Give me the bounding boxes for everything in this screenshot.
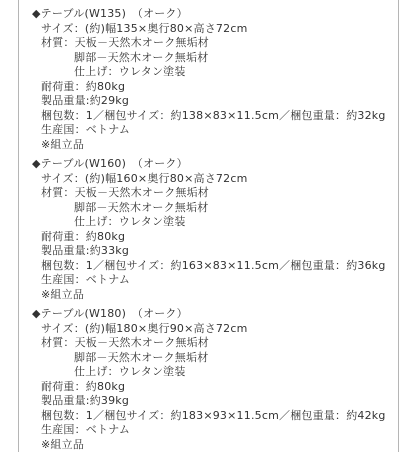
left-border-line	[18, 0, 19, 452]
finish-line: 仕上げ：ウレタン塗装	[32, 365, 396, 380]
packing-line: 梱包数：1／梱包サイズ：約183×93×11.5cm／梱包重量：約42kg	[32, 409, 396, 424]
finish-line: 仕上げ：ウレタン塗装	[32, 65, 396, 80]
product-title: ◆テーブル(W180) （オーク）	[32, 307, 396, 322]
product-spec-section-w135: ◆テーブル(W135) （オーク） サイズ：(約)幅135×奥行80×高さ72c…	[32, 7, 396, 152]
material-legs-line: 脚部－天然木オーク無垢材	[32, 51, 396, 66]
load-capacity-line: 耐荷重：約80kg	[32, 380, 396, 395]
material-legs-line: 脚部－天然木オーク無垢材	[32, 351, 396, 366]
finish-line: 仕上げ：ウレタン塗装	[32, 215, 396, 230]
right-border-line	[398, 0, 399, 452]
country-line: 生産国：ベトナム	[32, 273, 396, 288]
size-line: サイズ：(約)幅160×奥行80×高さ72cm	[32, 172, 396, 187]
product-spec-page: { "page": { "background": "#ffffff", "bo…	[0, 0, 416, 452]
assembly-note-line: ※組立品	[32, 438, 396, 452]
product-spec-section-w180: ◆テーブル(W180) （オーク） サイズ：(約)幅180×奥行90×高さ72c…	[32, 307, 396, 452]
product-weight-line: 製品重量:約39kg	[32, 394, 396, 409]
assembly-note-line: ※組立品	[32, 288, 396, 303]
material-line: 材質：天板－天然木オーク無垢材	[32, 186, 396, 201]
size-line: サイズ：(約)幅135×奥行80×高さ72cm	[32, 22, 396, 37]
spec-content: ◆テーブル(W135) （オーク） サイズ：(約)幅135×奥行80×高さ72c…	[32, 7, 396, 452]
country-line: 生産国：ベトナム	[32, 123, 396, 138]
product-spec-section-w160: ◆テーブル(W160) （オーク） サイズ：(約)幅160×奥行80×高さ72c…	[32, 157, 396, 302]
material-legs-line: 脚部－天然木オーク無垢材	[32, 201, 396, 216]
load-capacity-line: 耐荷重：約80kg	[32, 80, 396, 95]
packing-line: 梱包数：1／梱包サイズ：約138×83×11.5cm／梱包重量：約32kg	[32, 109, 396, 124]
product-title: ◆テーブル(W135) （オーク）	[32, 7, 396, 22]
product-title: ◆テーブル(W160) （オーク）	[32, 157, 396, 172]
assembly-note-line: ※組立品	[32, 138, 396, 153]
packing-line: 梱包数：1／梱包サイズ：約163×83×11.5cm／梱包重量：約36kg	[32, 259, 396, 274]
product-weight-line: 製品重量:約33kg	[32, 244, 396, 259]
material-line: 材質：天板－天然木オーク無垢材	[32, 36, 396, 51]
load-capacity-line: 耐荷重：約80kg	[32, 230, 396, 245]
country-line: 生産国：ベトナム	[32, 423, 396, 438]
material-line: 材質：天板－天然木オーク無垢材	[32, 336, 396, 351]
size-line: サイズ：(約)幅180×奥行90×高さ72cm	[32, 322, 396, 337]
product-weight-line: 製品重量:約29kg	[32, 94, 396, 109]
